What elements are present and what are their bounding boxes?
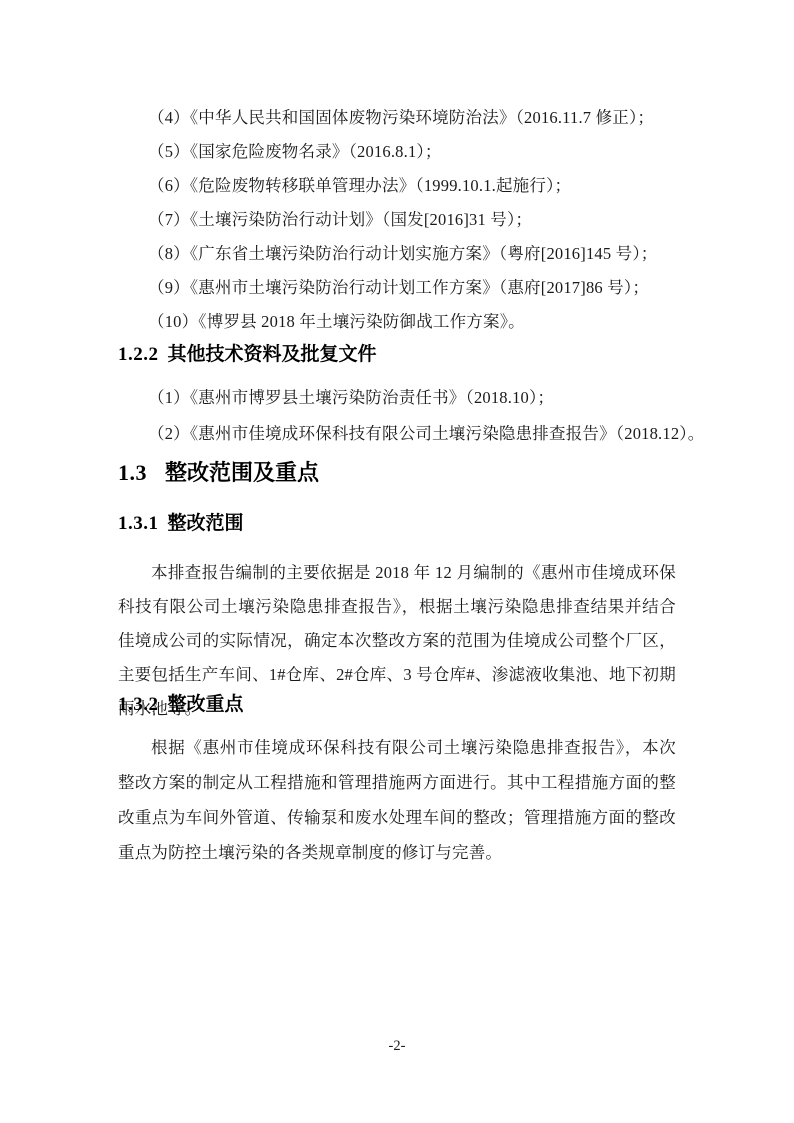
section-1-3-2-body: 根据《惠州市佳境成环保科技有限公司土壤污染隐患排查报告》，本次整改方案的制定从工… bbox=[118, 730, 676, 870]
technical-document-list: （1）《惠州市博罗县土壤污染防治责任书》（2018.10）； （2）《惠州市佳境… bbox=[118, 380, 676, 452]
list-item: （2）《惠州市佳境成环保科技有限公司土壤污染隐患排查报告》（2018.12）。 bbox=[118, 416, 676, 452]
list-item: （8）《广东省土壤污染防治行动计划实施方案》（粤府[2016]145 号）； bbox=[118, 237, 676, 271]
section-number: 1.3.1 bbox=[118, 513, 159, 534]
section-number: 1.3.2 bbox=[118, 694, 159, 715]
paragraph: 根据《惠州市佳境成环保科技有限公司土壤污染隐患排查报告》，本次整改方案的制定从工… bbox=[118, 730, 676, 870]
section-title: 其他技术资料及批复文件 bbox=[168, 344, 377, 365]
legal-reference-list: （4）《中华人民共和国固体废物污染环境防治法》（2016.11.7 修正）； （… bbox=[118, 101, 676, 339]
section-title: 整改重点 bbox=[168, 694, 244, 715]
list-item: （1）《惠州市博罗县土壤污染防治责任书》（2018.10）； bbox=[118, 380, 676, 416]
list-item: （9）《惠州市土壤污染防治行动计划工作方案》（惠府[2017]86 号）； bbox=[118, 271, 676, 305]
section-heading-1-3-1: 1.3.1整改范围 bbox=[118, 511, 718, 536]
list-item: （5）《国家危险废物名录》（2016.8.1）； bbox=[118, 135, 676, 169]
section-heading-1-3-2: 1.3.2整改重点 bbox=[118, 692, 718, 717]
list-item: （4）《中华人民共和国固体废物污染环境防治法》（2016.11.7 修正）； bbox=[118, 101, 676, 135]
section-heading-1-2-2: 1.2.2其他技术资料及批复文件 bbox=[118, 342, 718, 367]
page-number: -2- bbox=[0, 1036, 794, 1056]
section-heading-1-3: 1.3整改范围及重点 bbox=[118, 458, 718, 487]
section-number: 1.3 bbox=[118, 460, 147, 485]
section-number: 1.2.2 bbox=[118, 344, 159, 365]
list-item: （6）《危险废物转移联单管理办法》（1999.10.1.起施行）； bbox=[118, 169, 676, 203]
document-page: （4）《中华人民共和国固体废物污染环境防治法》（2016.11.7 修正）； （… bbox=[0, 0, 794, 1123]
list-item: （7）《土壤污染防治行动计划》（国发[2016]31 号）； bbox=[118, 203, 676, 237]
section-title: 整改范围及重点 bbox=[165, 460, 319, 485]
section-title: 整改范围 bbox=[168, 513, 244, 534]
list-item: （10）《博罗县 2018 年土壤污染防御战工作方案》。 bbox=[118, 305, 676, 339]
